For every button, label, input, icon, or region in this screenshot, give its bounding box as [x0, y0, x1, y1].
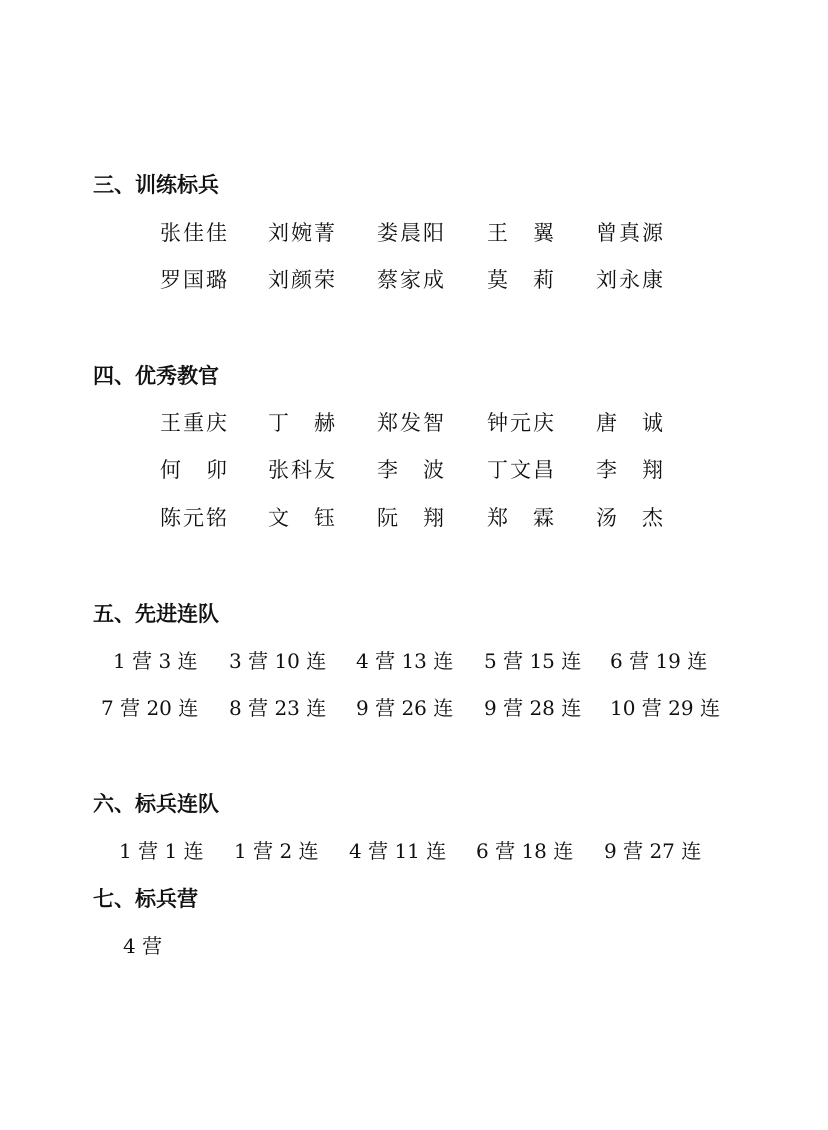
section-heading-advanced-companies: 五、先进连队: [93, 601, 219, 627]
unit-label: 1 营 2 连: [234, 836, 319, 866]
unit-label: 4 营 11 连: [349, 836, 446, 866]
person-name: 罗国璐: [160, 265, 229, 295]
person-name: 李 翔: [596, 455, 665, 485]
unit-label: 1 营 3 连: [113, 646, 198, 676]
unit-label: 8 营 23 连: [229, 693, 326, 723]
person-name: 曾真源: [596, 218, 665, 248]
person-name: 钟元庆: [487, 408, 556, 438]
person-name: 刘婉菁: [268, 218, 337, 248]
person-name: 唐 诚: [596, 408, 665, 438]
unit-label: 9 营 27 连: [604, 836, 701, 866]
person-name: 丁文昌: [487, 455, 556, 485]
person-name: 陈元铭: [160, 503, 229, 533]
person-name: 娄晨阳: [377, 218, 446, 248]
section-heading-excellent-instructors: 四、优秀教官: [93, 363, 219, 389]
section-heading-model-battalion: 七、标兵营: [93, 886, 198, 912]
person-name: 李 波: [377, 455, 446, 485]
person-name: 刘永康: [596, 265, 665, 295]
person-name: 何 卯: [160, 455, 229, 485]
person-name: 张科友: [268, 455, 337, 485]
unit-label: 9 营 26 连: [356, 693, 453, 723]
person-name: 刘颜荣: [268, 265, 337, 295]
person-name: 张佳佳: [160, 218, 229, 248]
person-name: 文 钰: [268, 503, 337, 533]
person-name: 莫 莉: [487, 265, 556, 295]
unit-label: 1 营 1 连: [119, 836, 204, 866]
person-name: 丁 赫: [268, 408, 337, 438]
unit-label: 7 营 20 连: [101, 693, 198, 723]
unit-label: 4 营 13 连: [356, 646, 453, 676]
person-name: 郑 霖: [487, 503, 556, 533]
person-name: 王 翼: [487, 218, 556, 248]
document-page: 三、训练标兵 张佳佳 刘婉菁 娄晨阳 王 翼 曾真源 罗国璐 刘颜荣 蔡家成 莫…: [0, 0, 828, 1130]
person-name: 郑发智: [377, 408, 446, 438]
unit-label: 9 营 28 连: [484, 693, 581, 723]
section-heading-model-companies: 六、标兵连队: [93, 791, 219, 817]
person-name: 蔡家成: [377, 265, 446, 295]
unit-label: 6 营 18 连: [476, 836, 573, 866]
person-name: 汤 杰: [596, 503, 665, 533]
person-name: 阮 翔: [377, 503, 446, 533]
unit-label: 5 营 15 连: [484, 646, 581, 676]
unit-label: 6 营 19 连: [610, 646, 707, 676]
person-name: 王重庆: [160, 408, 229, 438]
unit-label: 10 营 29 连: [610, 693, 720, 723]
unit-label: 3 营 10 连: [229, 646, 326, 676]
section-heading-training-models: 三、训练标兵: [93, 172, 219, 198]
unit-label: 4 营: [123, 931, 162, 961]
